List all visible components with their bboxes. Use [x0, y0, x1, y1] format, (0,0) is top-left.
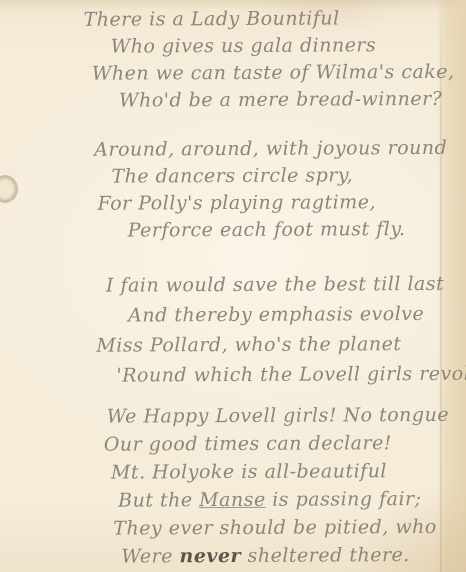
- poem-line: I fain would save the best till last: [0, 269, 460, 301]
- poem-line: For Polly's playing ragtime,: [0, 189, 460, 218]
- poem-line: We Happy Lovell girls! No tongue: [1, 401, 461, 431]
- stanza-3: I fain would save the best till last And…: [0, 269, 461, 391]
- poem-line: Who gives us gala dinners: [0, 32, 459, 61]
- poem-line: When we can taste of Wilma's cake,: [0, 59, 459, 88]
- manuscript-page: There is a Lady Bountiful Who gives us g…: [0, 0, 466, 572]
- poem-line: Perforce each foot must fly.: [0, 216, 460, 245]
- poem-line: The dancers circle spry,: [0, 162, 459, 191]
- line-text: is passing fair;: [266, 488, 422, 511]
- poem-line: But the Manse is passing fair;: [1, 485, 461, 515]
- poem-line: And thereby emphasis evolve: [0, 299, 460, 331]
- emphasized-word: never: [179, 545, 241, 567]
- stanza-2: Around, around, with joyous round The da…: [0, 135, 460, 245]
- poem-line: Who'd be a mere bread-winner?: [0, 86, 459, 115]
- poem-line: There is a Lady Bountiful: [0, 5, 459, 34]
- emphasized-word: Manse: [199, 489, 266, 511]
- line-text: Were: [121, 545, 179, 567]
- line-text: But the: [118, 489, 199, 511]
- poem-line: They ever should be pitied, who: [1, 513, 461, 543]
- poem-line: Were never sheltered there.: [1, 541, 461, 571]
- poem-line: Our good times can declare!: [1, 429, 461, 459]
- stanza-4: We Happy Lovell girls! No tongue Our goo…: [1, 401, 462, 571]
- stanza-1: There is a Lady Bountiful Who gives us g…: [0, 5, 459, 115]
- line-text: sheltered there.: [241, 544, 410, 567]
- poem-line: Around, around, with joyous round: [0, 135, 459, 164]
- poem-line: 'Round which the Lovell girls revolve.: [0, 359, 460, 391]
- poem-line: Miss Pollard, who's the planet: [0, 329, 460, 361]
- poem-line: Mt. Holyoke is all-beautiful: [1, 457, 461, 487]
- poem: There is a Lady Bountiful Who gives us g…: [0, 5, 461, 571]
